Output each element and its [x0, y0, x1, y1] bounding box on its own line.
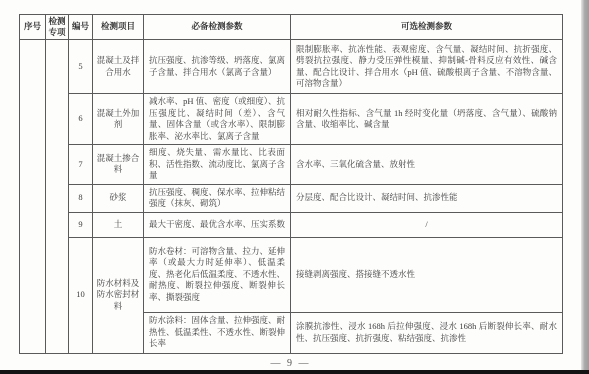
table-header-row: 序号 检测专项 编号 检测项目 必备检测参数 可选检测参数: [20, 15, 563, 40]
table-row: 7 混凝土掺合料 细度、烧失量、需水量比、比表面积、活性指数、流动度比、氯离子含…: [20, 145, 563, 185]
test-item-name: 砂浆: [93, 184, 144, 212]
required-params: 抗压强度、稠度、保水率、拉伸粘结强度（抹灰、砌筑）: [144, 184, 291, 212]
required-params: 细度、烧失量、需水量比、比表面积、活性指数、流动度比、氯离子含量: [144, 145, 291, 185]
col-header-item-no: 编号: [69, 15, 93, 40]
item-no: 5: [69, 40, 93, 94]
col-header-required-params: 必备检测参数: [144, 15, 291, 40]
required-params: 减水率、pH 值、密度（或细度）、抗压强度比、凝结时间（差）、含气量、固体含量（…: [144, 94, 291, 145]
table-row: 6 混凝土外加剂 减水率、pH 值、密度（或细度）、抗压强度比、凝结时间（差）、…: [20, 94, 563, 145]
special-category-cell-empty: [46, 40, 69, 354]
item-no: 10: [69, 237, 93, 353]
optional-params: 分层度、配合比设计、凝结时间、抗渗性能: [291, 184, 563, 212]
bottom-scan-bar: [0, 370, 589, 374]
col-header-special-category: 检测专项: [46, 15, 69, 40]
page-edge-shadow: [581, 0, 589, 374]
required-params-coating: 防水涂料：固体含量、拉伸强度、耐热性、低温柔性、不透水性、断裂伸长率: [144, 312, 291, 353]
col-header-optional-params: 可选检测参数: [291, 15, 563, 40]
item-no: 6: [69, 94, 93, 145]
required-params-membrane: 防水卷材：可溶物含量、拉力、延伸率（或最大力时延伸率）、低温柔度、热老化后低温柔…: [144, 237, 291, 312]
item-no: 9: [69, 212, 93, 237]
table-row: 5 混凝土及拌合用水 抗压强度、抗渗等级、坍落度、氯离子含量、拌合用水（氯离子含…: [20, 40, 563, 94]
optional-params: 含水率、三氧化硫含量、放射性: [291, 145, 563, 185]
serial-no-cell-empty: [20, 40, 46, 354]
test-item-name: 混凝土掺合料: [93, 145, 144, 185]
test-item-name: 混凝土外加剂: [93, 94, 144, 145]
required-params: 最大干密度、最优含水率、压实系数: [144, 212, 291, 237]
inspection-parameters-table: 序号 检测专项 编号 检测项目 必备检测参数 可选检测参数 5 混凝土及拌合用水…: [19, 14, 563, 354]
optional-params: /: [291, 212, 563, 237]
item-no: 7: [69, 145, 93, 185]
table-row: 8 砂浆 抗压强度、稠度、保水率、拉伸粘结强度（抹灰、砌筑） 分层度、配合比设计…: [20, 184, 563, 212]
page-number: — 9 —: [19, 358, 562, 369]
item-no: 8: [69, 184, 93, 212]
test-item-name: 混凝土及拌合用水: [93, 40, 144, 94]
table-row: 10 防水材料及防水密封材料 防水卷材：可溶物含量、拉力、延伸率（或最大力时延伸…: [20, 237, 563, 312]
table-row: 9 土 最大干密度、最优含水率、压实系数 /: [20, 212, 563, 237]
test-item-name: 防水材料及防水密封材料: [93, 237, 144, 353]
required-params: 抗压强度、抗渗等级、坍落度、氯离子含量、拌合用水（氯离子含量）: [144, 40, 291, 94]
optional-params: 限制膨胀率、抗冻性能、表观密度、含气量、凝结时间、抗折强度、劈裂抗拉强度、静力受…: [291, 40, 563, 94]
col-header-test-item: 检测项目: [93, 15, 144, 40]
optional-params: 相对耐久性指标、含气量 1h 经时变化量（坍落度、含气量）、硫酸钠含量、收缩率比…: [291, 94, 563, 145]
document-page: 序号 检测专项 编号 检测项目 必备检测参数 可选检测参数 5 混凝土及拌合用水…: [0, 0, 589, 374]
test-item-name: 土: [93, 212, 144, 237]
optional-params-coating: 涂膜抗渗性、浸水 168h 后拉伸强度、浸水 168h 后断裂伸长率、耐水性、抗…: [291, 312, 563, 353]
col-header-serial-no: 序号: [20, 15, 46, 40]
optional-params-membrane: 接缝剥离强度、搭接缝不透水性: [291, 237, 563, 312]
